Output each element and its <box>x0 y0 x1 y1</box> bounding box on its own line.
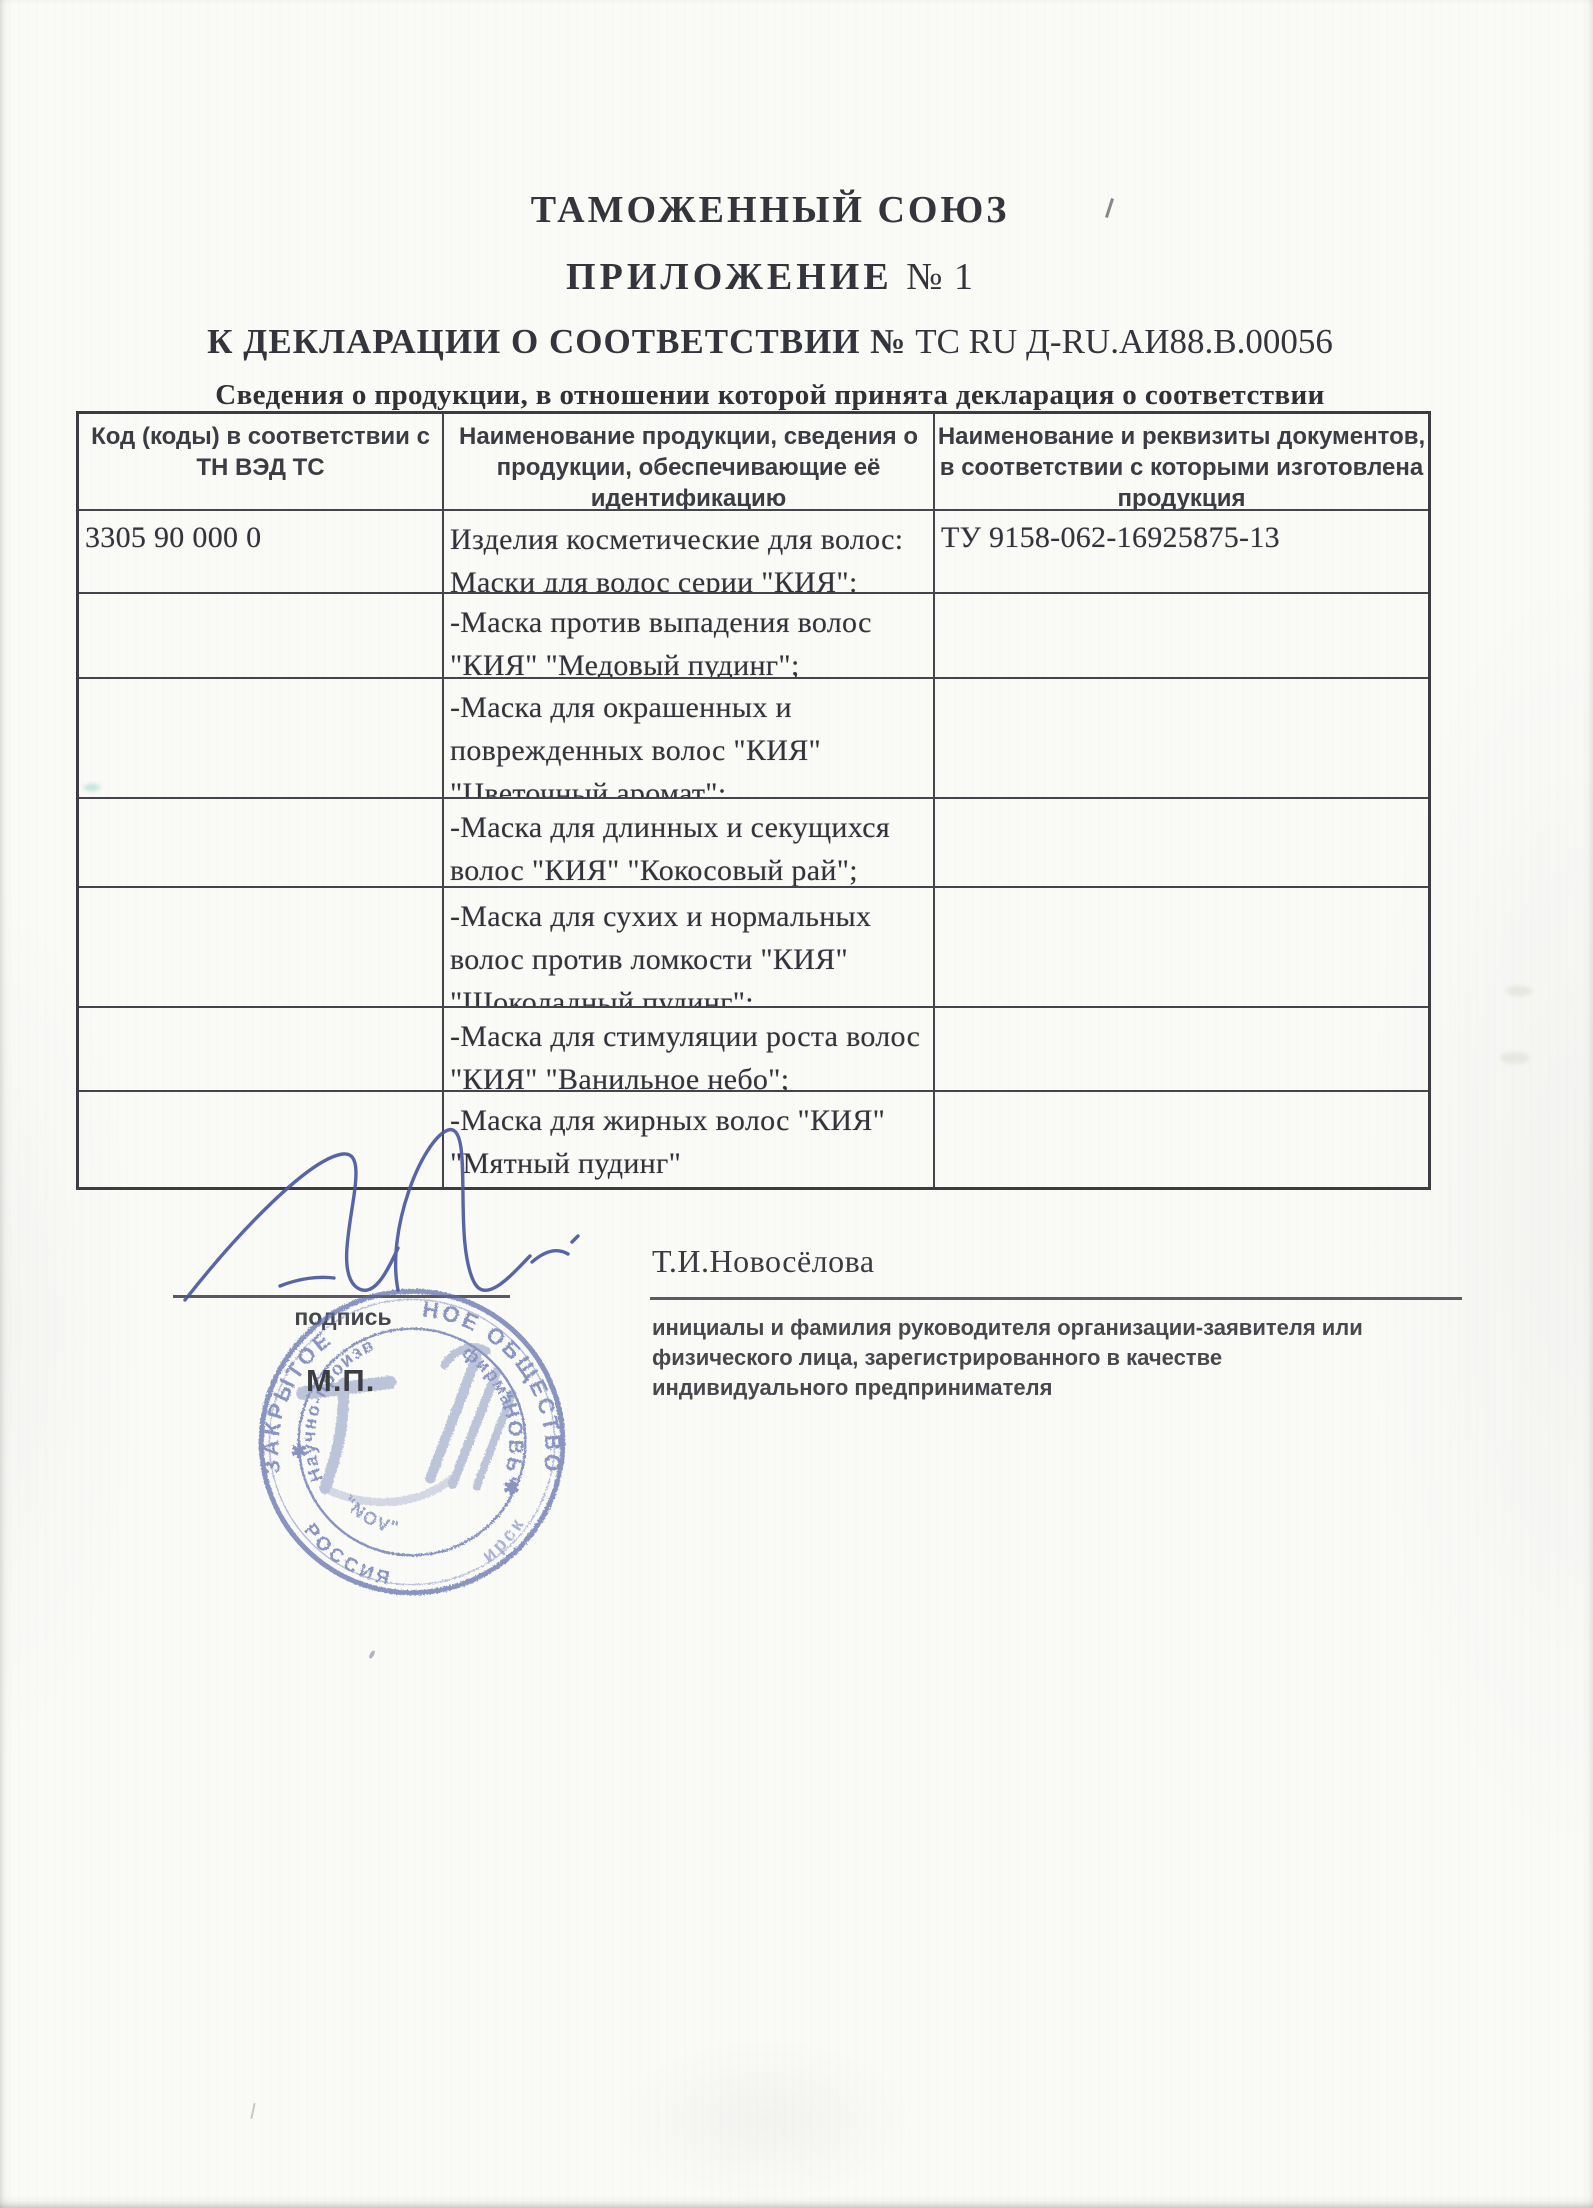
cell-code <box>79 594 444 677</box>
cell-code <box>79 679 444 797</box>
header-documents: Наименование и реквизиты документов, в с… <box>935 414 1428 509</box>
cell-document <box>935 888 1428 1006</box>
cell-product: -Маска для сухих и нормальных волос прот… <box>444 888 935 1006</box>
appendix-number: № 1 <box>906 256 974 298</box>
cell-document <box>935 1008 1428 1090</box>
signer-name: Т.И.Новосёлова <box>652 1243 875 1280</box>
cell-document <box>935 679 1428 797</box>
cell-product: -Маска для длинных и секущихся волос "КИ… <box>444 799 935 886</box>
scan-smudge <box>1500 1052 1530 1064</box>
table-row: -Маска для сухих и нормальных волос прот… <box>79 888 1428 1008</box>
stamp-star-right: ✱ <box>503 1478 520 1500</box>
signature-caption: инициалы и фамилия руководителя организа… <box>652 1313 1392 1403</box>
header-code: Код (коды) в соответствии с ТН ВЭД ТС <box>79 414 444 509</box>
cell-product: -Маска против выпадения волос "КИЯ" "Мед… <box>444 594 935 677</box>
cell-code: 3305 90 000 0 <box>79 511 444 592</box>
table-row: -Маска для длинных и секущихся волос "КИ… <box>79 799 1428 888</box>
scan-mark <box>250 2103 255 2119</box>
name-line <box>650 1297 1462 1300</box>
appendix-title: ПРИЛОЖЕНИЕ № 1 <box>0 255 1540 299</box>
products-table: Код (коды) в соответствии с ТН ВЭД ТС На… <box>76 411 1431 1190</box>
scan-smudge <box>84 784 100 791</box>
scanned-declaration-page: ТАМОЖЕННЫЙ СОЮЗ ПРИЛОЖЕНИЕ № 1 К ДЕКЛАРА… <box>0 0 1593 2208</box>
cell-document <box>935 799 1428 886</box>
table-row: 3305 90 000 0 Изделия косметические для … <box>79 511 1428 594</box>
stamp-star-left: ✱ <box>291 1441 308 1463</box>
cell-document <box>935 594 1428 677</box>
cell-document <box>935 1092 1428 1187</box>
cell-product: -Маска для окрашенных и поврежденных вол… <box>444 679 935 797</box>
cell-product: Изделия косметические для волос: Маски д… <box>444 511 935 592</box>
declaration-label: К ДЕКЛАРАЦИИ О СООТВЕТСТВИИ № <box>207 322 906 361</box>
cell-product: -Маска для стимуляции роста волос "КИЯ" … <box>444 1008 935 1090</box>
table-header-row: Код (коды) в соответствии с ТН ВЭД ТС На… <box>79 414 1428 511</box>
handwritten-signature <box>130 1110 650 1350</box>
cell-code <box>79 1008 444 1090</box>
header-product: Наименование продукции, сведения о проду… <box>444 414 935 509</box>
declaration-number: ТС RU Д-RU.АИ88.В.00056 <box>915 322 1333 361</box>
table-row: -Маска против выпадения волос "КИЯ" "Мед… <box>79 594 1428 679</box>
scan-smudge <box>1506 986 1532 996</box>
table-row: -Маска для окрашенных и поврежденных вол… <box>79 679 1428 799</box>
cell-code <box>79 799 444 886</box>
cell-code <box>79 888 444 1006</box>
appendix-word: ПРИЛОЖЕНИЕ <box>566 256 893 298</box>
page-title: ТАМОЖЕННЫЙ СОЮЗ <box>0 188 1540 232</box>
scan-mark <box>368 1650 376 1660</box>
seal-place-label: М.П. <box>306 1363 375 1399</box>
cell-document: ТУ 9158-062-16925875-13 <box>935 511 1428 592</box>
table-row: -Маска для стимуляции роста волос "КИЯ" … <box>79 1008 1428 1092</box>
declaration-line: К ДЕКЛАРАЦИИ О СООТВЕТСТВИИ № ТС RU Д-RU… <box>0 322 1540 362</box>
table-caption: Сведения о продукции, в отношении которо… <box>0 379 1540 412</box>
